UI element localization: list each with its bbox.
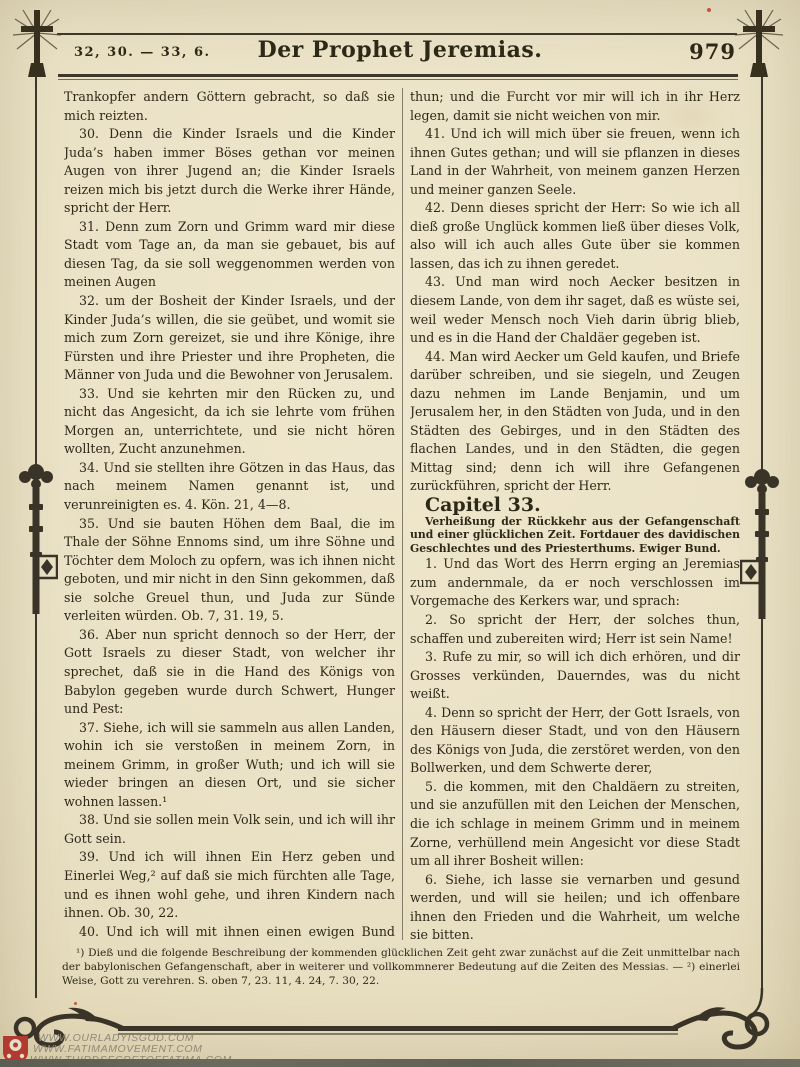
verse-paragraph: 31. Denn zum Zorn und Grimm ward mir die… xyxy=(64,218,395,292)
red-speck xyxy=(74,1002,77,1005)
verse-paragraph: 30. Denn die Kinder Israels und die Kind… xyxy=(64,125,395,218)
column-divider xyxy=(402,88,403,940)
verse-paragraph: thun; und die Furcht vor mir will ich in… xyxy=(410,88,740,125)
verse-paragraph: 3. Rufe zu mir, so will ich dich erhören… xyxy=(410,648,740,704)
verse-paragraph: 36. Aber nun spricht dennoch so der Herr… xyxy=(64,626,395,719)
scanned-bible-page: 32, 30. — 33, 6. Der Prophet Jeremias. 9… xyxy=(0,0,800,1067)
border-ornament-right xyxy=(740,465,784,629)
left-column: Trankopfer andern Göttern gebracht, so d… xyxy=(64,88,395,942)
verse-paragraph: 4. Denn so spricht der Herr, der Gott Is… xyxy=(410,704,740,778)
top-border-rule xyxy=(57,33,737,35)
verse-paragraph: 39. Und ich will ihnen Ein Herz geben un… xyxy=(64,848,395,922)
chapter-summary: Verheißung der Rückkehr aus der Gefangen… xyxy=(410,515,740,556)
verse-paragraph: 1. Und das Wort des Herrn erging an Jere… xyxy=(410,555,740,611)
verse-paragraph: 38. Und sie sollen mein Volk sein, und i… xyxy=(64,811,395,848)
verse-paragraph: 41. Und ich will mich über sie freuen, w… xyxy=(410,125,740,199)
border-ornament-left xyxy=(14,460,58,624)
chapter-heading: Capitel 33. xyxy=(410,496,740,515)
verse-paragraph: 44. Man wird Aecker um Geld kaufen, und … xyxy=(410,348,740,496)
verse-paragraph: 6. Siehe, ich lasse sie vernarben und ge… xyxy=(410,871,740,942)
scan-edge-strip xyxy=(0,1059,800,1067)
verse-paragraph: 34. Und sie stellten ihre Götzen in das … xyxy=(64,459,395,515)
page-title: Der Prophet Jeremias. xyxy=(0,37,800,63)
verse-paragraph: 40. Und ich will mit ihnen einen ewigen … xyxy=(64,923,395,942)
verse-paragraph: 37. Siehe, ich will sie sammeln aus alle… xyxy=(64,719,395,812)
verse-paragraph: 43. Und man wird noch Aecker besitzen in… xyxy=(410,273,740,347)
verse-paragraph: Trankopfer andern Göttern gebracht, so d… xyxy=(64,88,395,125)
header-rule-thin xyxy=(58,79,738,80)
scepter-ornament-icon xyxy=(14,460,58,620)
verse-paragraph: 35. Und sie bauten Höhen dem Baal, die i… xyxy=(64,515,395,626)
footnote-section: ¹) Dieß und die folgende Beschreibung de… xyxy=(62,947,740,1009)
header-rule-thick xyxy=(58,74,738,77)
right-column: thun; und die Furcht vor mir will ich in… xyxy=(410,88,740,942)
footnote-text: ¹) Dieß und die folgende Beschreibung de… xyxy=(62,947,740,988)
page-number: 979 xyxy=(689,39,736,64)
red-speck xyxy=(707,8,711,12)
verse-paragraph: 2. So spricht der Herr, der solches thun… xyxy=(410,611,740,648)
scepter-ornament-icon xyxy=(740,465,784,625)
verse-paragraph: 42. Denn dieses spricht der Herr: So wie… xyxy=(410,199,740,273)
verse-paragraph: 33. Und sie kehrten mir den Rücken zu, u… xyxy=(64,385,395,459)
verse-paragraph: 32. um der Bosheit der Kinder Israels, u… xyxy=(64,292,395,385)
verse-paragraph: 5. die kommen, mit den Chaldäern zu stre… xyxy=(410,778,740,871)
